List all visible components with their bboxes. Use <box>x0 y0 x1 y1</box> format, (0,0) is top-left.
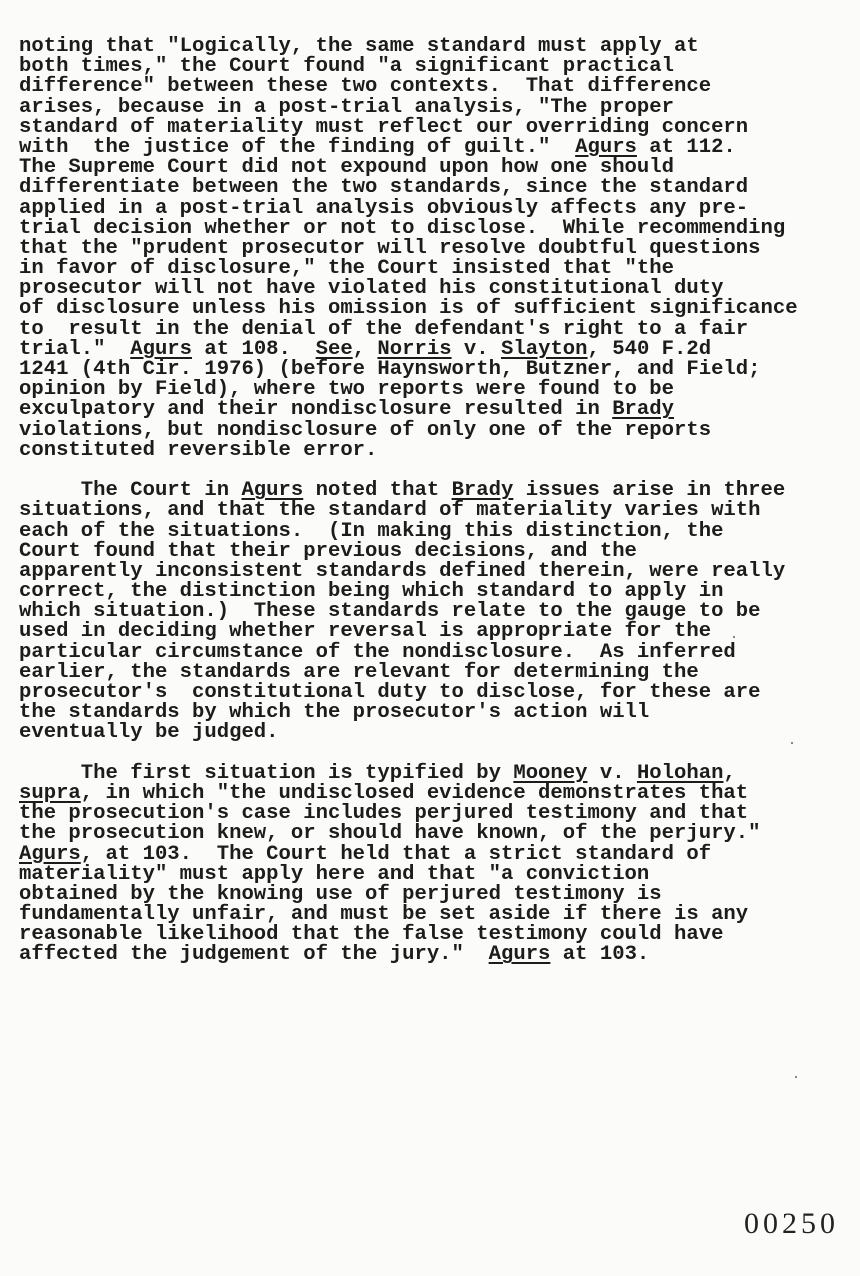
text-line: The Supreme Court did not expound upon h… <box>19 158 849 178</box>
scan-speck <box>733 636 735 638</box>
document-body: noting that "Logically, the same standar… <box>19 37 849 986</box>
text-line: to result in the denial of the defendant… <box>19 320 849 340</box>
page-number: 00250 <box>744 1207 839 1241</box>
text-line: 1241 (4th Cir. 1976) (before Haynsworth,… <box>19 360 849 380</box>
text-line: in favor of disclosure," the Court insis… <box>19 259 849 279</box>
paragraph: The Court in Agurs noted that Brady issu… <box>19 481 849 743</box>
text-line: which situation.) These standards relate… <box>19 602 849 622</box>
document-page: noting that "Logically, the same standar… <box>0 0 860 1276</box>
scan-speck <box>791 742 793 744</box>
text-line: with the justice of the finding of guilt… <box>19 138 849 158</box>
text-line: Agurs, at 103. The Court held that a str… <box>19 845 849 865</box>
text-segment: at 103. <box>550 943 649 966</box>
text-line: prosecutor's constitutional duty to disc… <box>19 683 849 703</box>
text-line: constituted reversible error. <box>19 441 849 461</box>
text-line: the prosecution's case includes perjured… <box>19 804 849 824</box>
text-line: prosecutor will not have violated his co… <box>19 279 849 299</box>
text-line: correct, the distinction being which sta… <box>19 582 849 602</box>
text-line: violations, but nondisclosure of only on… <box>19 421 849 441</box>
text-line: differentiate between the two standards,… <box>19 178 849 198</box>
text-line: situations, and that the standard of mat… <box>19 501 849 521</box>
text-line: affected the judgement of the jury." Agu… <box>19 945 849 965</box>
text-line: noting that "Logically, the same standar… <box>19 37 849 57</box>
text-line: eventually be judged. <box>19 723 849 743</box>
paragraph: noting that "Logically, the same standar… <box>19 37 849 461</box>
scan-speck <box>795 1076 797 1078</box>
text-line: arises, because in a post-trial analysis… <box>19 98 849 118</box>
paragraph: The first situation is typified by Moone… <box>19 764 849 966</box>
text-line: reasonable likelihood that the false tes… <box>19 925 849 945</box>
text-line: difference" between these two contexts. … <box>19 77 849 97</box>
text-line: standard of materiality must reflect our… <box>19 118 849 138</box>
text-line: earlier, the standards are relevant for … <box>19 663 849 683</box>
text-line: opinion by Field), where two reports wer… <box>19 380 849 400</box>
case-citation: Agurs <box>489 943 551 966</box>
text-segment: constituted reversible error. <box>19 439 377 462</box>
text-line: materiality" must apply here and that "a… <box>19 865 849 885</box>
text-line: fundamentally unfair, and must be set as… <box>19 905 849 925</box>
text-line: supra, in which "the undisclosed evidenc… <box>19 784 849 804</box>
text-line: The Court in Agurs noted that Brady issu… <box>19 481 849 501</box>
text-segment: affected the judgement of the jury." <box>19 943 489 966</box>
text-line: apparently inconsistent standards define… <box>19 562 849 582</box>
text-line: trial." Agurs at 108. See, Norris v. Sla… <box>19 340 849 360</box>
text-line: exculpatory and their nondisclosure resu… <box>19 400 849 420</box>
text-line: particular circumstance of the nondisclo… <box>19 643 849 663</box>
text-line: used in deciding whether reversal is app… <box>19 622 849 642</box>
text-line: The first situation is typified by Moone… <box>19 764 849 784</box>
text-line: both times," the Court found "a signific… <box>19 57 849 77</box>
text-line: the prosecution knew, or should have kno… <box>19 824 849 844</box>
text-line: Court found that their previous decision… <box>19 542 849 562</box>
text-line: applied in a post-trial analysis obvious… <box>19 199 849 219</box>
text-segment: eventually be judged. <box>19 721 279 744</box>
text-line: the standards by which the prosecutor's … <box>19 703 849 723</box>
text-line: each of the situations. (In making this … <box>19 522 849 542</box>
text-line: obtained by the knowing use of perjured … <box>19 885 849 905</box>
text-line: that the "prudent prosecutor will resolv… <box>19 239 849 259</box>
text-line: trial decision whether or not to disclos… <box>19 219 849 239</box>
text-line: of disclosure unless his omission is of … <box>19 299 849 319</box>
